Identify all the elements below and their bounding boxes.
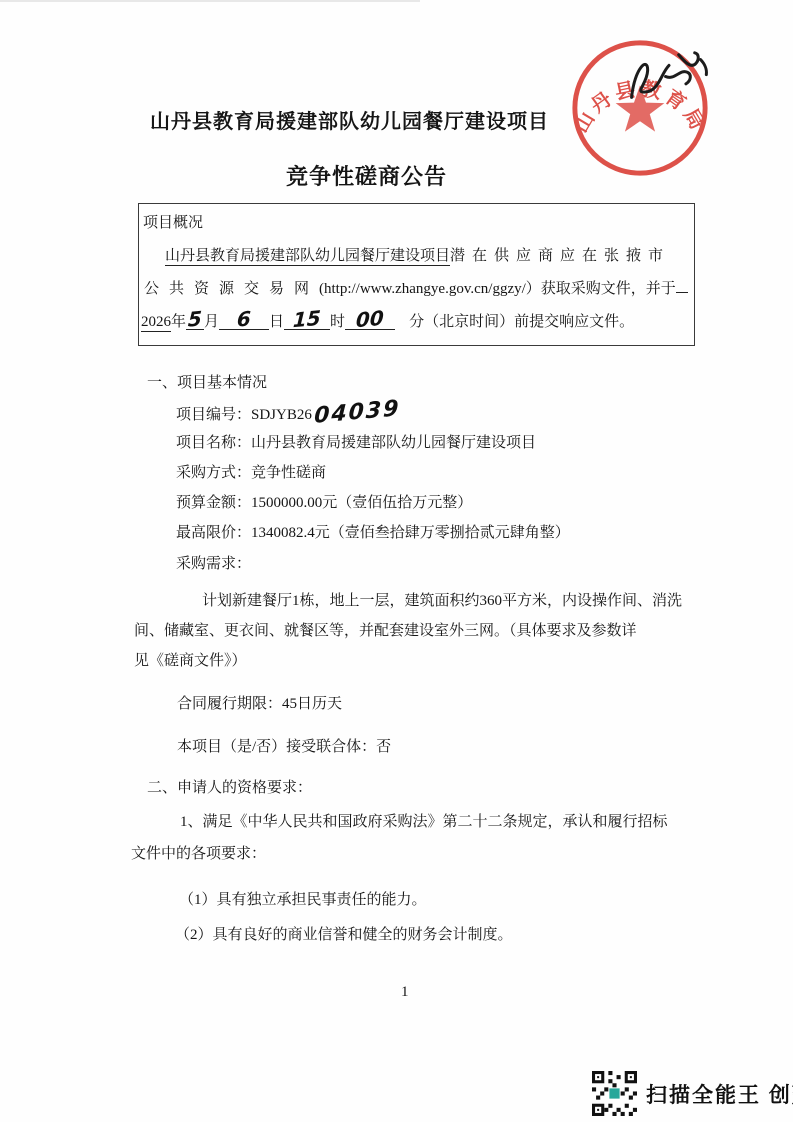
page-number: 1 <box>401 984 409 1001</box>
document-title-line1: 山丹县教育局援建部队幼儿园餐厅建设项目 <box>150 105 549 134</box>
section2-heading: 二、申请人的资格要求： <box>147 776 312 797</box>
overview-line1: 山丹县教育局援建部队幼儿园餐厅建设项目潜在供应商应在张掖市 <box>165 244 670 265</box>
document-title-line2: 竞争性磋商公告 <box>286 160 447 191</box>
overview-line1-rest: 潜在供应商应在张掖市 <box>450 248 670 264</box>
scan-artifact-line <box>0 0 420 2</box>
contract-period-line: 合同履行期限：45日历天 <box>177 692 342 713</box>
overview-line2-blank <box>676 292 688 293</box>
overview-line2-rest: (http://www.zhangye.gov.cn/ggzy/）获取采购文件，… <box>319 281 676 297</box>
date-hour-handwritten: 15 <box>293 311 321 328</box>
date-day-label: 日 <box>269 314 284 330</box>
date-month-handwritten: 5 <box>188 311 203 326</box>
date-year: 2026 <box>141 314 171 332</box>
consortium-line: 本项目（是/否）接受联合体：否 <box>177 735 391 756</box>
overview-heading: 项目概况 <box>143 211 203 232</box>
qualification-item-1: （1）具有独立承担民事责任的能力。 <box>179 888 427 909</box>
overview-line2: 公共资源交易网(http://www.zhangye.gov.cn/ggzy/）… <box>144 277 688 298</box>
budget-line: 预算金额：1500000.00元（壹佰伍拾万元整） <box>176 491 472 512</box>
qualification-item-2: （2）具有良好的商业信誉和健全的财务会计制度。 <box>175 923 513 944</box>
date-minute-handwritten: 00 <box>356 311 384 328</box>
section1-heading: 一、项目基本情况 <box>147 371 267 392</box>
project-overview-box: 项目概况 山丹县教育局援建部队幼儿园餐厅建设项目潜在供应商应在张掖市 公共资源交… <box>138 203 695 346</box>
scanned-document-page: 山丹县教育局援建部队幼儿园餐厅建设项目 竞争性磋商公告 山丹县教育局 项目概况 … <box>0 0 793 1122</box>
demand-line-2: 间、储藏室、更衣间、就餐区等，并配套建设室外三网。（具体要求及参数详 <box>134 619 637 640</box>
date-tail: 分（北京时间）前提交响应文件。 <box>409 314 634 330</box>
date-year-label: 年 <box>171 314 186 330</box>
project-name-line: 项目名称：山丹县教育局援建部队幼儿园餐厅建设项目 <box>176 431 536 452</box>
demand-label: 采购需求： <box>176 552 251 573</box>
section2-intro-line-1: 1、满足《中华人民共和国政府采购法》第二十二条规定，承认和履行招标 <box>180 810 668 831</box>
project-number-handwritten: 04039 <box>313 396 401 429</box>
max-price-line: 最高限价：1340082.4元（壹佰叁拾肆万零捌拾贰元肆角整） <box>176 521 570 542</box>
demand-line-3: 见《磋商文件》） <box>134 649 247 670</box>
demand-line-1: 计划新建餐厅1栋，地上一层，建筑面积约360平方米，内设操作间、消洗 <box>202 589 682 610</box>
qr-code-icon <box>592 1071 637 1116</box>
overview-date-line: 2026年5月6日15时00分（北京时间）前提交响应文件。 <box>141 310 634 331</box>
project-number-label: 项目编号：SDJYB26 <box>176 407 312 423</box>
project-number-line: 项目编号：SDJYB2604039 <box>176 400 400 425</box>
overview-line2-spaced: 公共资源交易网 <box>144 281 319 297</box>
qr-center-logo <box>609 1088 619 1098</box>
date-hour-label: 时 <box>330 314 345 330</box>
scanner-watermark-label: 扫描全能王 创建 <box>646 1079 793 1109</box>
date-month-label: 月 <box>204 314 219 330</box>
procurement-method-line: 采购方式：竞争性磋商 <box>176 461 326 482</box>
section2-intro-line-2: 文件中的各项要求： <box>131 842 266 863</box>
date-day-handwritten: 6 <box>237 311 252 326</box>
overview-project-name-underlined: 山丹县教育局援建部队幼儿园餐厅建设项目 <box>165 248 450 266</box>
